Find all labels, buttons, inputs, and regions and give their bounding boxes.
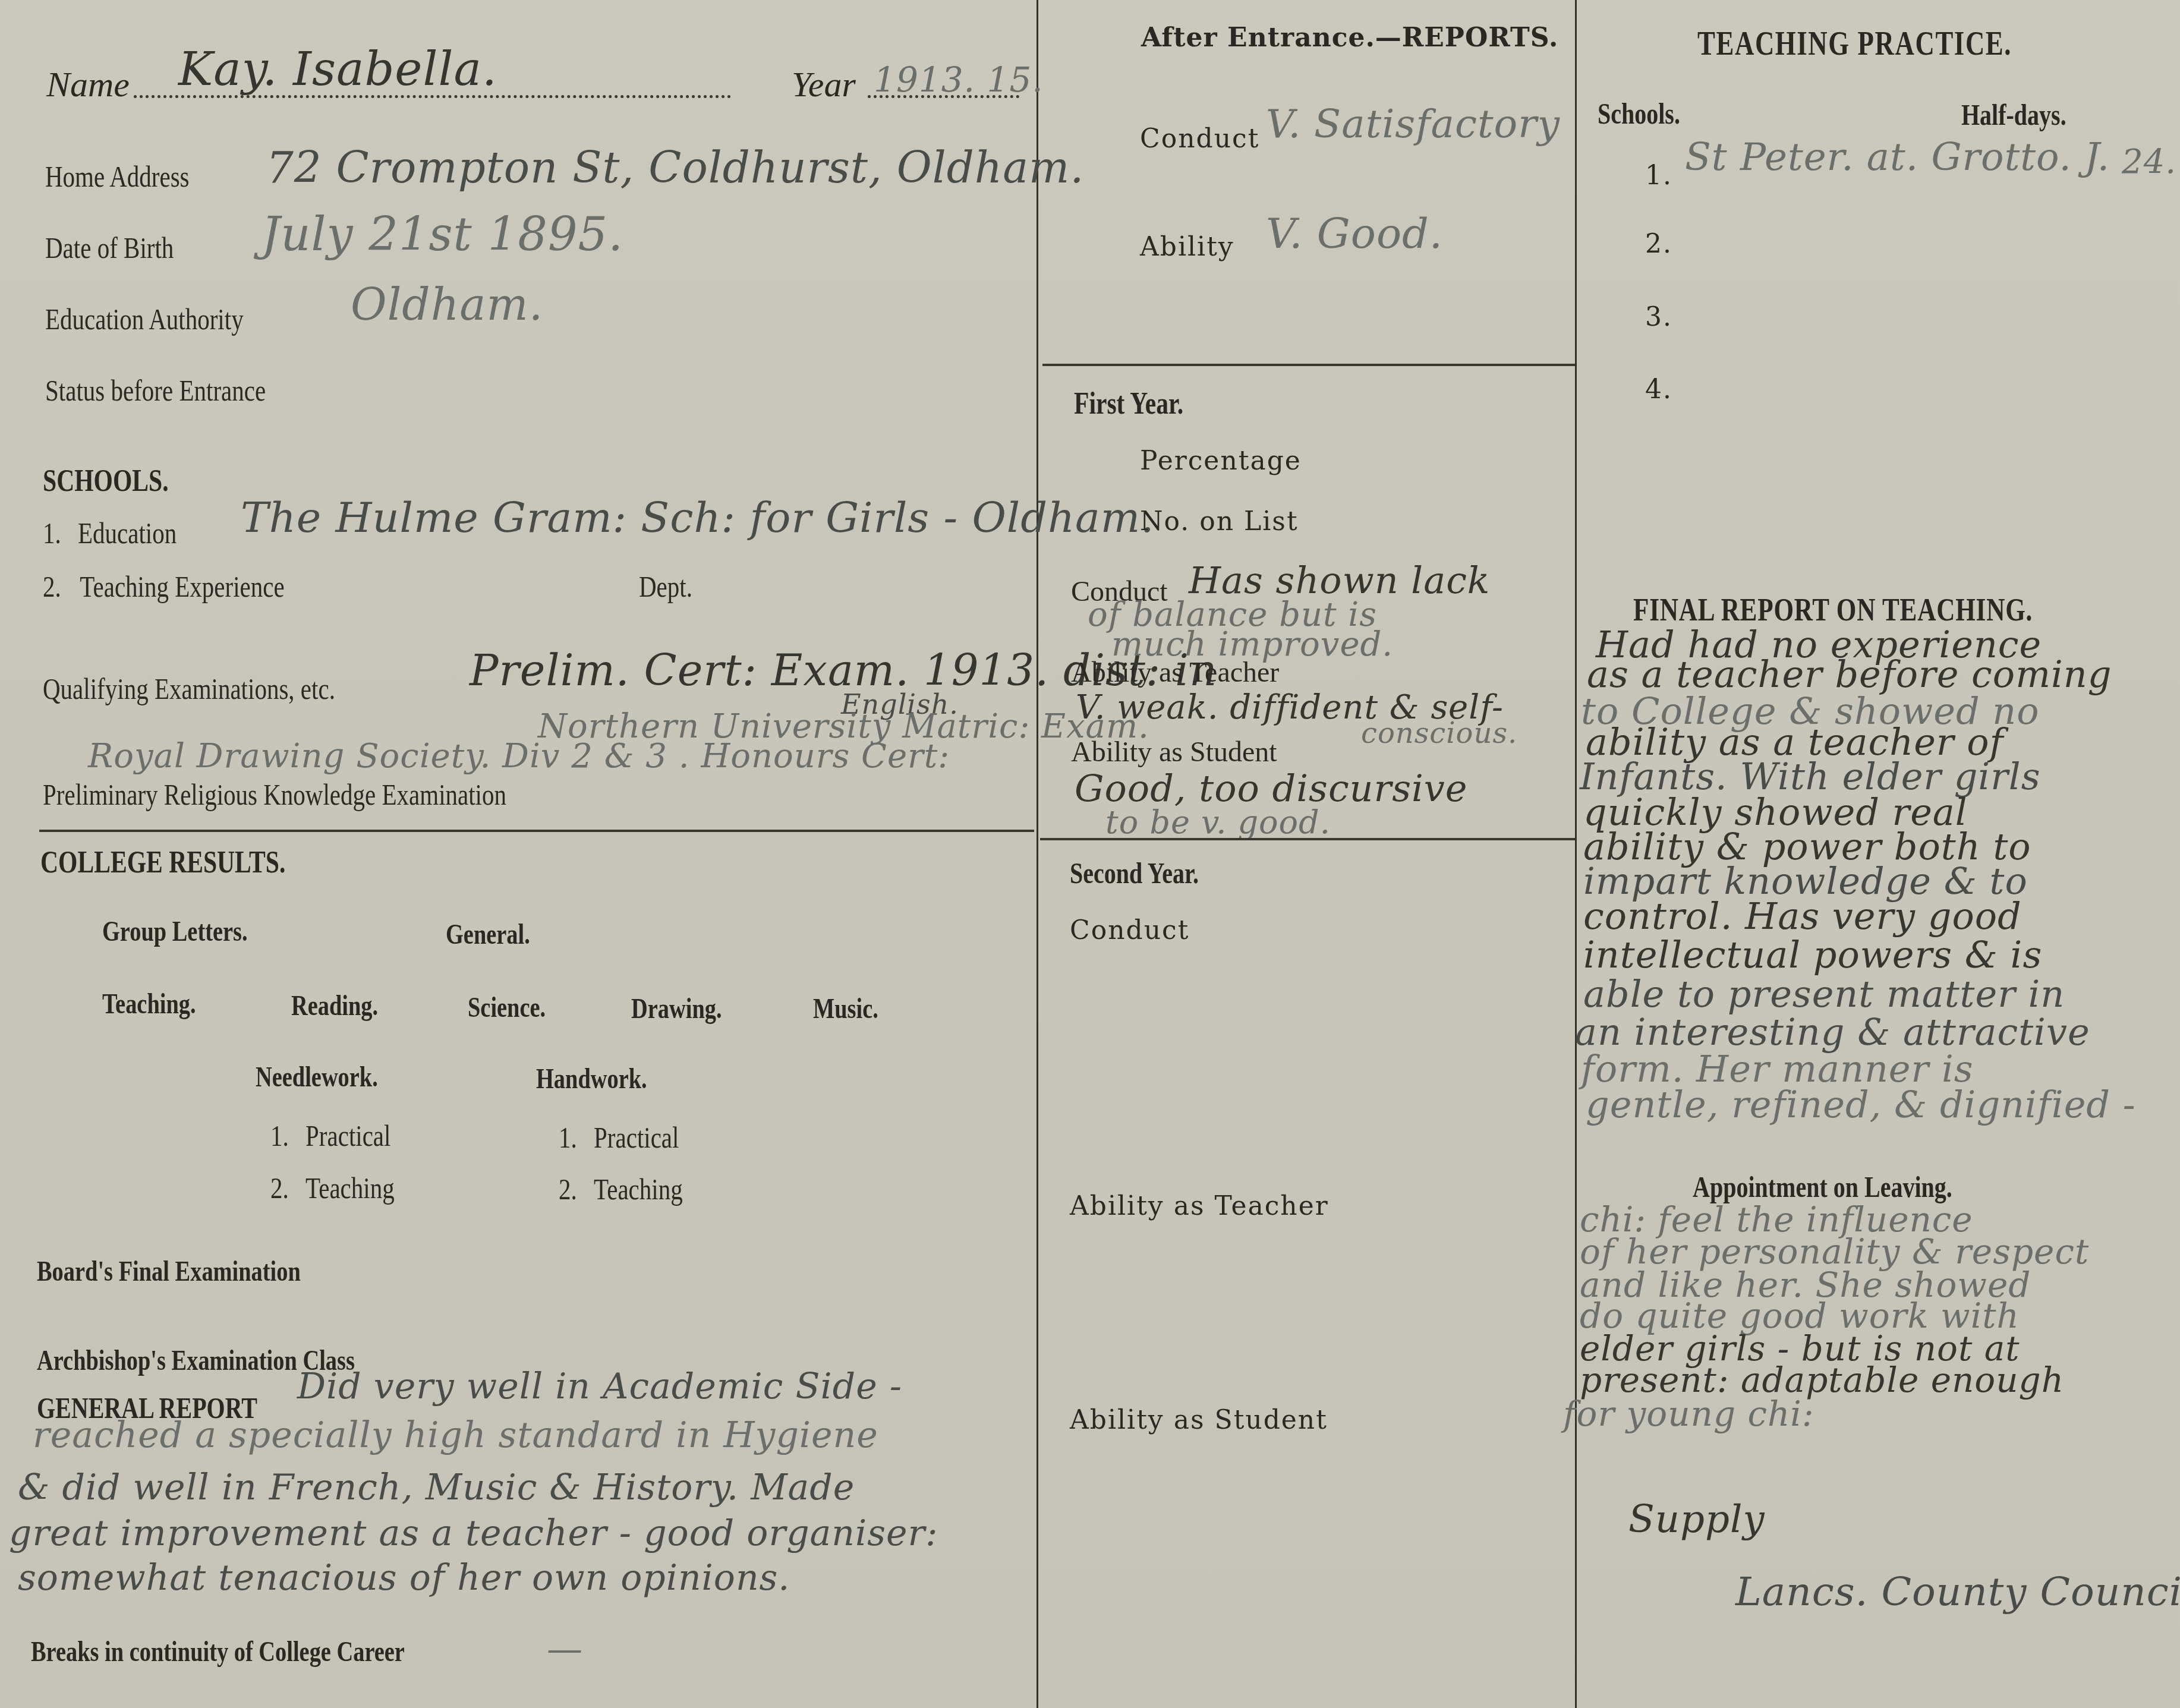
fy-student-label: Ability as Student <box>1071 736 1277 768</box>
practice-row-number: 3. <box>1645 302 1672 332</box>
schools-item-number: 1. <box>43 516 78 550</box>
entrance-ability-value: V. Good. <box>1266 209 1443 258</box>
sy-student-label: Ability as Student <box>1070 1405 1328 1435</box>
handwork-label: Handwork. <box>536 1063 647 1095</box>
education-authority-value: Oldham. <box>351 279 543 330</box>
entrance-conduct-value: V. Satisfactory <box>1266 101 1560 147</box>
year-label: Year <box>792 64 856 105</box>
final-report-line: control. Has very good <box>1583 894 2022 938</box>
sy-conduct-label: Conduct <box>1070 915 1189 946</box>
item-label: Teaching <box>305 1171 395 1205</box>
record-card: Name Kay. Isabella. Year 1913. 15. Home … <box>0 0 2180 1708</box>
appointment-value-supply: Supply <box>1628 1498 1765 1542</box>
fy-teacher-line-2: conscious. <box>1361 717 1517 750</box>
subject-teaching: Teaching. <box>102 988 196 1020</box>
appointment-line: for young chi: <box>1563 1394 1814 1434</box>
schools-item-label: Teaching Experience <box>80 570 284 603</box>
item-number: 1. <box>559 1120 594 1155</box>
teaching-practice-heading: TEACHING PRACTICE. <box>1697 25 2012 63</box>
dob-label: Date of Birth <box>45 231 174 265</box>
name-value: Kay. Isabella. <box>178 43 497 96</box>
practice-row-number: 4. <box>1645 374 1672 405</box>
general-report-line-3: & did well in French, Music & History. M… <box>18 1467 855 1508</box>
practice-row-number: 2. <box>1645 229 1672 259</box>
needlework-item-teaching: 2.Teaching <box>270 1171 395 1205</box>
name-label: Name <box>46 64 130 105</box>
second-year-heading: Second Year. <box>1070 856 1199 890</box>
halfdays-column-header: Half-days. <box>1961 97 2066 132</box>
general-report-line-5: somewhat tenacious of her own opinions. <box>18 1557 790 1599</box>
first-year-heading: First Year. <box>1074 386 1183 421</box>
general-report-line-2: reached a specially high standard in Hyg… <box>33 1414 878 1456</box>
item-number: 1. <box>270 1118 305 1153</box>
schools-heading: SCHOOLS. <box>43 464 169 499</box>
first-year-section-rule <box>1040 838 1575 840</box>
practice-row-halfdays: 24. <box>2122 143 2176 181</box>
no-on-list-label: No. on List <box>1140 506 1299 537</box>
handwork-item-teaching: 2.Teaching <box>559 1172 683 1206</box>
subject-drawing: Drawing. <box>631 992 722 1025</box>
schools-item-education: 1.Education <box>43 516 177 550</box>
item-label: Teaching <box>594 1173 683 1206</box>
subject-reading: Reading. <box>291 989 378 1022</box>
column-divider-left <box>1037 0 1038 1708</box>
general-report-line-4: great improvement as a teacher - good or… <box>9 1512 938 1554</box>
sy-teacher-label: Ability as Teacher <box>1070 1191 1329 1221</box>
final-report-line: able to present matter in <box>1583 972 2065 1016</box>
schools-education-value: The Hulme Gram: Sch: for Girls - Oldham. <box>241 493 1154 542</box>
schools-column-header: Schools. <box>1598 96 1680 131</box>
breaks-label: Breaks in continuity of College Career <box>31 1635 405 1668</box>
entrance-ability-label: Ability <box>1140 232 1234 262</box>
qualifying-label: Qualifying Examinations, etc. <box>43 672 335 706</box>
needlework-label: Needlework. <box>256 1061 378 1094</box>
dob-value: July 21st 1895. <box>262 208 623 261</box>
home-address-label: Home Address <box>45 159 190 194</box>
percentage-label: Percentage <box>1140 446 1302 476</box>
breaks-value: — <box>547 1628 583 1670</box>
group-letters-label: Group Letters. <box>102 915 248 948</box>
boards-final-label: Board's Final Examination <box>37 1255 301 1288</box>
schools-item-teaching-experience: 2.Teaching Experience <box>43 569 285 604</box>
item-label: Practical <box>305 1119 390 1152</box>
fy-teacher-label: Ability as Teacher <box>1071 656 1279 689</box>
dept-label: Dept. <box>639 569 692 604</box>
subject-music: Music. <box>813 992 878 1025</box>
subject-science: Science. <box>468 991 546 1024</box>
general-label: General. <box>446 918 530 951</box>
practice-row-school: St Peter. at. Grotto. J. <box>1685 135 2110 179</box>
handwork-item-practical: 1.Practical <box>559 1120 679 1155</box>
item-label: Practical <box>594 1121 679 1154</box>
entrance-section-rule <box>1042 364 1575 366</box>
qualifying-line-4: Royal Drawing Society. Div 2 & 3 . Honou… <box>88 737 950 776</box>
college-results-heading: COLLEGE RESULTS. <box>40 845 285 880</box>
final-report-line: gentle, refined, & dignified - <box>1586 1083 2136 1126</box>
reports-heading: After Entrance.—REPORTS. <box>1141 23 1558 53</box>
left-section-rule <box>39 830 1034 832</box>
practice-row-number: 1. <box>1645 160 1672 191</box>
schools-item-label: Education <box>78 516 177 550</box>
religious-label: Preliminary Religious Knowledge Examinat… <box>43 777 506 812</box>
needlework-item-practical: 1.Practical <box>270 1118 390 1153</box>
final-report-line: intellectual powers & is <box>1583 933 2042 976</box>
general-report-line-1: Did very well in Academic Side - <box>297 1366 902 1407</box>
column-divider-right <box>1575 0 1577 1708</box>
appointment-value-employer: Lancs. County Council <box>1735 1569 2180 1615</box>
item-number: 2. <box>559 1172 594 1206</box>
fy-student-line-2: to be v. good. <box>1105 803 1331 841</box>
status-label: Status before Entrance <box>45 373 266 408</box>
home-address-value: 72 Crompton St, Coldhurst, Oldham. <box>266 143 1084 193</box>
year-value: 1913. 15. <box>874 59 1044 100</box>
item-number: 2. <box>270 1171 305 1205</box>
education-authority-label: Education Authority <box>45 302 244 336</box>
entrance-conduct-label: Conduct <box>1140 124 1259 154</box>
schools-item-number: 2. <box>43 569 80 604</box>
